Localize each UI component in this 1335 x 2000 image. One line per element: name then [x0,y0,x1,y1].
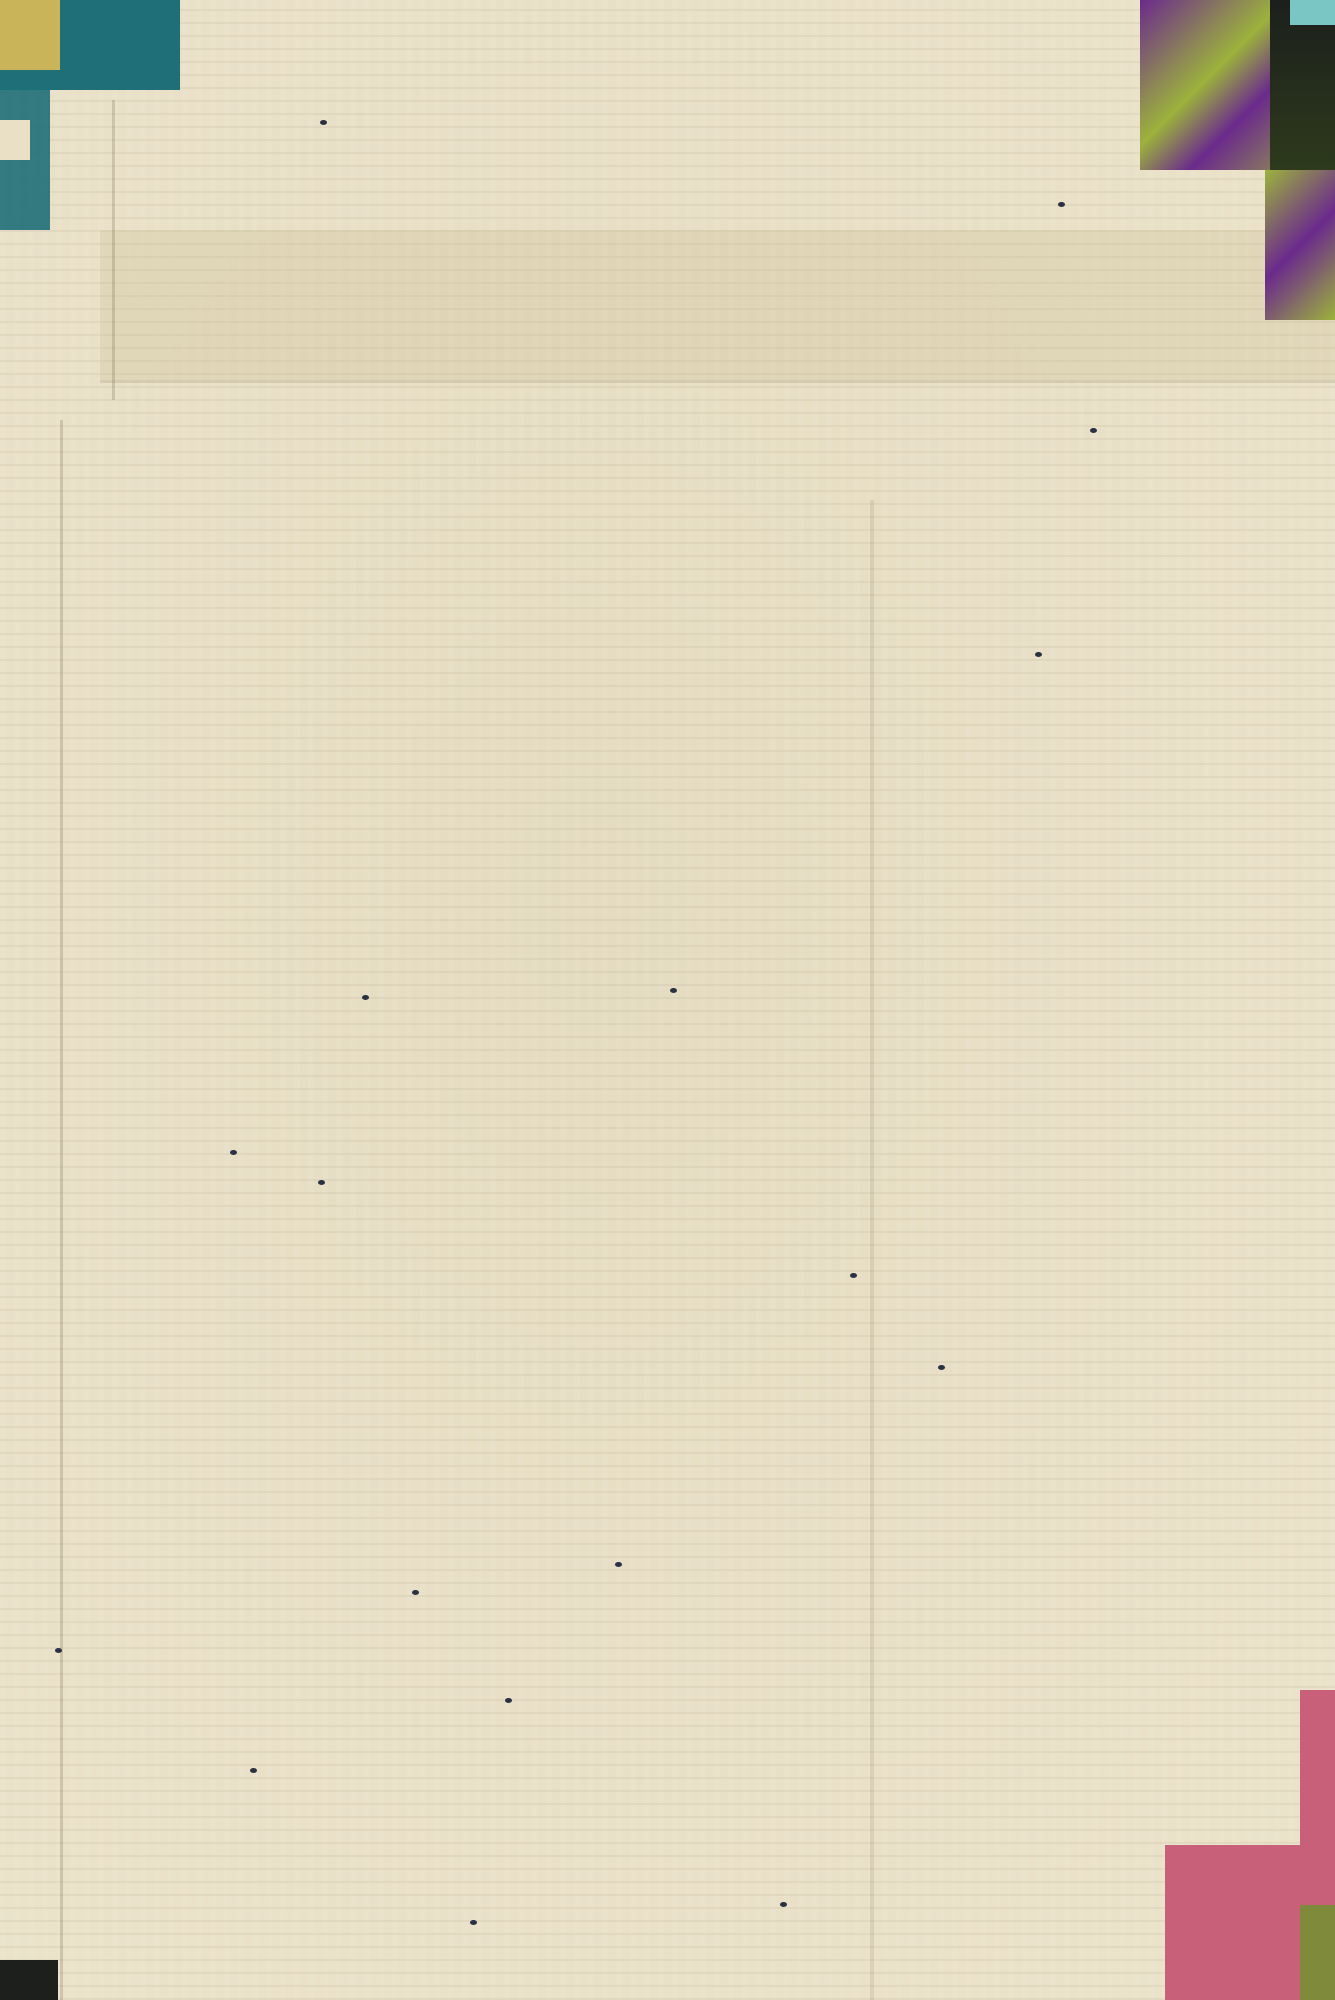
fiber-speck [318,1180,325,1185]
horizontal-seam [100,380,1335,383]
fiber-speck [412,1590,419,1595]
fiber-speck [470,1920,477,1925]
olive-motif [1300,1905,1335,2000]
teal-accent [1290,0,1335,25]
vertical-seam-center [870,500,874,2000]
fiber-speck [670,988,677,993]
fiber-speck [362,995,369,1000]
fiber-speck [320,120,327,125]
fiber-speck [850,1273,857,1278]
fiber-speck [780,1902,787,1907]
cream-break [0,120,30,160]
fiber-speck [615,1562,622,1567]
rug-photo [0,0,1335,2000]
fiber-speck [55,1648,62,1653]
fiber-speck [1058,202,1065,207]
fiber-speck [505,1698,512,1703]
fiber-speck [938,1365,945,1370]
vertical-seam-top [112,100,115,400]
fiber-speck [1090,428,1097,433]
purple-lime-step [1265,170,1335,320]
mustard-motif [0,0,60,70]
black-motif-bottom [0,1960,58,2000]
vertical-seam-left [60,420,63,2000]
fiber-speck [250,1768,257,1773]
black-motif [1270,0,1335,170]
fiber-speck [1035,652,1042,657]
shade-band [100,230,1335,380]
fiber-speck [230,1150,237,1155]
